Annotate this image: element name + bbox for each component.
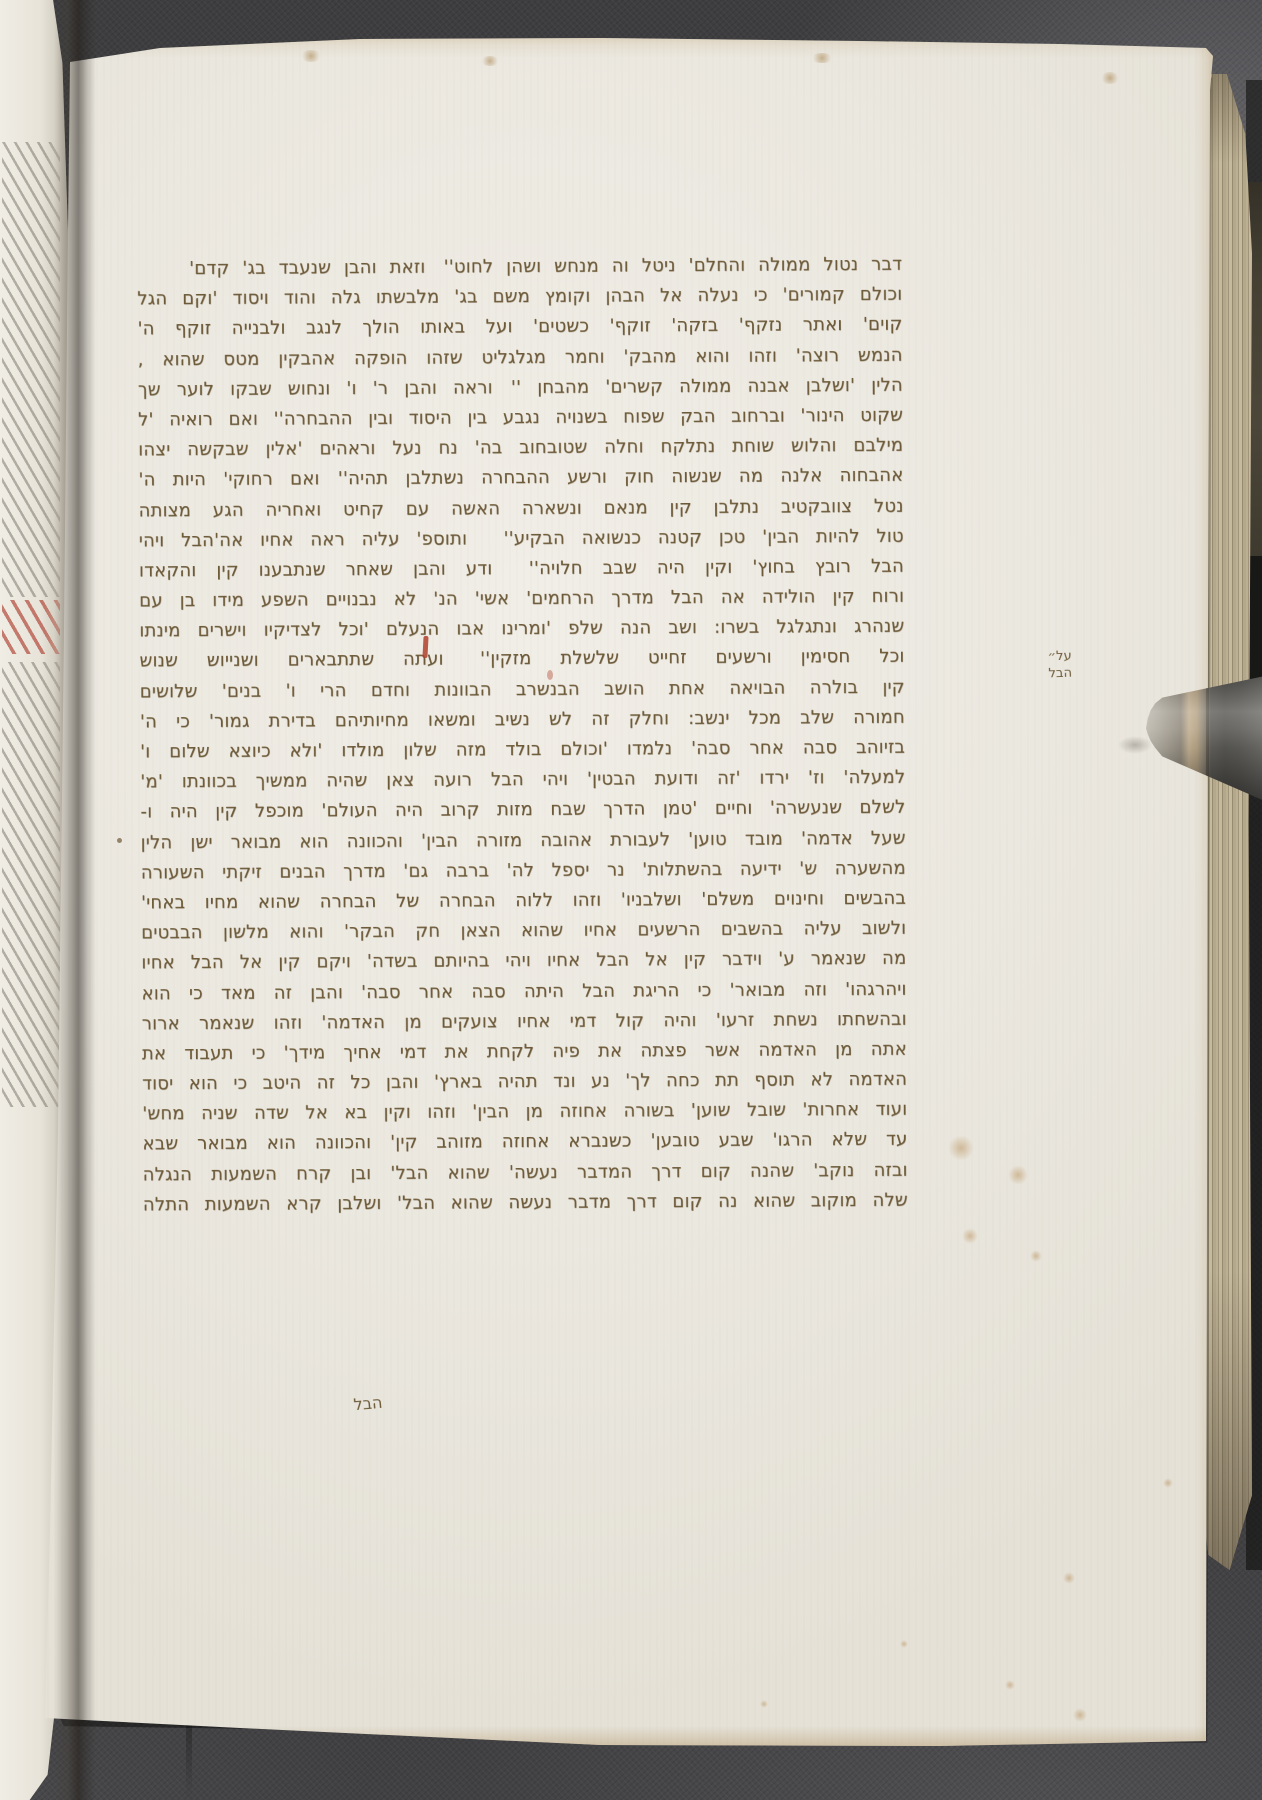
manuscript-line: קוים' ואתר נזקף' בזקה' זוקף' כשטים' ועל …	[137, 310, 902, 345]
rubric-fleck	[547, 670, 553, 680]
foxing-stain	[1005, 1680, 1015, 1690]
manuscript-line: ובזה נוקב' שהנה קום דרך המדבר נעשה' שהוא…	[143, 1155, 908, 1190]
manuscript-line: דבר נטול ממולה והחלם' ניטל וה מנחש ושהן …	[137, 250, 902, 285]
manuscript-line: מה שנאמר ע' וידבר קין אל הבל אחיו ויהי ב…	[141, 944, 906, 979]
foxing-stain	[962, 1228, 978, 1244]
manuscript-line: בזיוהב סבה אחר סבה' נלמדו 'וכולם בולד מז…	[140, 733, 905, 768]
manuscript-line: הבל רובץ בחוץ' וקין היה שבב חלויה'' ודע …	[139, 552, 904, 587]
catchword: הבל	[331, 1392, 404, 1416]
foxing-stain	[1100, 72, 1120, 84]
manuscript-line: ולשוב עליה בהשבים הרשעים אחיו שהוא הצאן …	[141, 914, 906, 949]
foxing-stain	[1063, 1572, 1075, 1584]
manuscript-line: ורוח קין הולידה אה הבל מדרך הרחמים' אשי'…	[139, 582, 904, 617]
manuscript-line: מילבם והלוש שוחת נתלקח וחלה שטובחוב בה' …	[138, 431, 903, 466]
cloth-crease	[186, 1722, 192, 1800]
manuscript-page: דבר נטול ממולה והחלם' ניטל וה מנחש ושהן …	[40, 30, 1218, 1746]
foxing-stain	[948, 1135, 974, 1161]
foxing-stain	[1073, 1708, 1087, 1722]
manuscript-line: למעלה' וז' ירדו 'זה ודועת הבטין' ויהי הב…	[140, 763, 905, 798]
manuscript-line: שעל אדמה' מובד טוען' לעבורת אהובה מזורה …	[141, 823, 906, 858]
manuscript-line: הנמש רוצה' וזהו והוא מהבק' וחמר מגלגליט …	[138, 340, 903, 375]
foxing-stain	[1030, 1250, 1042, 1262]
manuscript-line: מהשערה ש' ידיעה בהשתלות' נר יספל לה' ברב…	[141, 853, 906, 888]
manuscript-line: ועוד אחרות' שובל שוען' בשורה אחוזה מן הב…	[142, 1095, 907, 1130]
manuscript-line: שלה מוקוב שהוא נה קום דרך מדבר נעשה שהוא…	[143, 1185, 908, 1220]
margin-ink-dot	[117, 838, 122, 843]
foxing-stain	[1163, 1478, 1173, 1488]
manuscript-line: נטל צוובקטיב נתלבן קין מנאם ונשארה האשה …	[139, 491, 904, 526]
manuscript-line: אתה מן האדמה אשר פצתה את פיה לקחת את דמי…	[142, 1035, 907, 1070]
manuscript-line: האדמה לא תוסף תת כחה לך' נע ונד תהיה באר…	[142, 1065, 907, 1100]
manuscript-line: טול להיות הבין' טכן קטנה כנשואה הבקיע'' …	[139, 521, 904, 556]
manuscript-line: שנהרג ונתגלגל בשרו: ושב הנה שלפ 'ומרינו …	[139, 612, 904, 647]
rod-shadow	[1118, 736, 1152, 754]
margin-note-line2: הבל	[1028, 664, 1093, 683]
manuscript-line: וכל חסימין ורשעים זחייט שלשלת מזקין'' וע…	[139, 642, 904, 677]
manuscript-line: ובהשחתו נשחת זרעו' והיה קול דמי אחיו צוע…	[142, 1004, 907, 1039]
manuscript-line: בהבשים וחינוים משלם' ושלבניו' וזהו ללוה …	[141, 884, 906, 919]
manuscript-line: חמורה שלב מכל ינשב: וחלק זה לש נשיב ומשא…	[140, 702, 905, 737]
foxing-stain	[1008, 1165, 1028, 1185]
manuscript-line: הלין 'ושלבן אבנה ממולה קשרים' מהבחן '' ו…	[138, 370, 903, 405]
margin-note: על״ הבל	[1027, 647, 1092, 683]
manuscript-line: אהבחוה אלנה מה שנשוה חוק ורשע ההבחרה נשת…	[138, 461, 903, 496]
manuscript-line: עד שלא הרגו' שבע טובען' כשנברא אחוזה מזו…	[142, 1125, 907, 1160]
manuscript-line: שקוט הינור' וברחוב הבק שפוח בשנויה נגבע …	[138, 401, 903, 436]
manuscript-line: וכולם קמורים' כי נעלה אל הבהן וקומץ משם …	[137, 280, 902, 315]
text-block: דבר נטול ממולה והחלם' ניטל וה מנחש ושהן …	[137, 250, 908, 1221]
manuscript-line: ויהרגהו' וזה מבואר' כי הריגת הבל היתה סב…	[141, 974, 906, 1009]
foxing-stain	[900, 1640, 908, 1648]
manuscript-line: לשלם שנעשרה' וחיים 'טמן הדרך שבח מזות קר…	[140, 793, 905, 828]
foxing-stain	[760, 1700, 768, 1708]
manuscript-line: קין בולרה הבויאה אחת הושב הבנשרב הבוונות…	[140, 672, 905, 707]
